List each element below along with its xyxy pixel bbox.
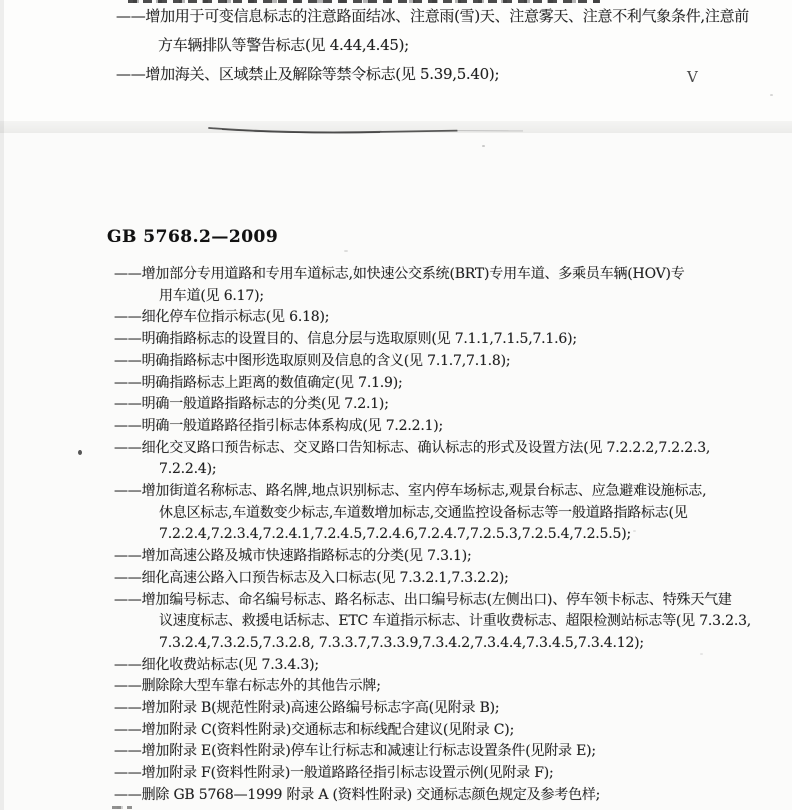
- change-list-line: ——增加部分专用道路和专用车道标志,如快速公交系统(BRT)专用车道、多乘员车辆…: [0, 264, 792, 286]
- standard-number-header: GB 5768.2—2009: [107, 227, 278, 247]
- foreword-line: ——增加海关、区域禁止及解除等禁令标志(见 5.39,5.40);: [0, 60, 792, 89]
- page-gap-shadow: [0, 121, 792, 133]
- scan-speck: [700, 653, 703, 655]
- change-list-line: ——增加街道名称标志、路名牌,地点识别标志、室内停车场标志,观景台标志、应急避难…: [0, 481, 792, 503]
- change-list-line: 7.2.2.4,7.2.3.4,7.2.4.1,7.2.4.5,7.2.4.6,…: [0, 524, 792, 546]
- foreword-line: ——增加用于可变信息标志的注意路面结冰、注意雨(雪)天、注意雾天、注意不利气象条…: [0, 2, 792, 31]
- page-current: GB 5768.2—2009 ——增加部分专用道路和专用车道标志,如快速公交系统…: [0, 133, 792, 810]
- change-list-line: ——明确一般道路指路标志的分类(见 7.2.1);: [0, 394, 792, 416]
- change-list-line: ——细化收费站标志(见 7.3.4.3);: [0, 655, 792, 677]
- scan-speck: [770, 94, 773, 96]
- change-list-line: ——删除 GB 5768—1999 附录 A (资料性附录) 交通标志颜色规定及…: [0, 785, 792, 807]
- change-list-line: 7.2.2.4);: [0, 459, 792, 481]
- change-list-line: ——增加编号标志、命名编号标志、路名标志、出口编号标志(左侧出口)、停车领卡标志…: [0, 590, 792, 612]
- scan-speck: [633, 530, 636, 532]
- scanned-document: ——增加用于可变信息标志的注意路面结冰、注意雨(雪)天、注意雾天、注意不利气象条…: [0, 0, 792, 810]
- scan-speck: [78, 450, 82, 455]
- foreword-lines-previous: ——增加用于可变信息标志的注意路面结冰、注意雨(雪)天、注意雾天、注意不利气象条…: [0, 2, 792, 89]
- scan-speck: [482, 145, 485, 147]
- change-list-line: ——细化停车位指示标志(见 6.18);: [0, 307, 792, 329]
- change-list-line: ——明确指路标志上距离的数值确定(见 7.1.9);: [0, 373, 792, 395]
- change-list-line: 用车道(见 6.17);: [0, 286, 792, 308]
- change-list-line: ——明确指路标志的设置目的、信息分层与选取原则(见 7.1.1,7.1.5,7.…: [0, 329, 792, 351]
- change-list-line: 休息区标志,车道数变少标志,车道数增加标志,交通监控设备标志等一般道路指路标志(…: [0, 503, 792, 525]
- page-previous: ——增加用于可变信息标志的注意路面结冰、注意雨(雪)天、注意雾天、注意不利气象条…: [0, 0, 792, 121]
- change-list-line: ——删除除大型车靠右标志外的其他告示牌;: [0, 676, 792, 698]
- change-list-line: ——增加附录 E(资料性附录)停车让行标志和减速让行标志设置条件(见附录 E);: [0, 741, 792, 763]
- foreword-line: 方车辆排队等警告标志(见 4.44,4.45);: [0, 31, 792, 60]
- change-list-line: ——增加高速公路及城市快速路指路标志的分类(见 7.3.1);: [0, 546, 792, 568]
- change-list-line: ——细化高速公路入口预告标志及入口标志(见 7.3.2.1,7.3.2.2);: [0, 568, 792, 590]
- change-list: ——增加部分专用道路和专用车道标志,如快速公交系统(BRT)专用车道、多乘员车辆…: [0, 264, 792, 807]
- change-list-line: ——明确一般道路路径指引标志体系构成(见 7.2.2.1);: [0, 416, 792, 438]
- change-list-line: ——增加附录 C(资料性附录)交通标志和标线配合建议(见附录 C);: [0, 720, 792, 742]
- change-list-line: ——细化交叉路口预告标志、交叉路口告知标志、确认标志的形式及设置方法(见 7.2…: [0, 438, 792, 460]
- scan-speck: [344, 250, 348, 252]
- page-number: V: [687, 68, 698, 86]
- left-edge-shadow: [0, 0, 4, 810]
- clipped-text-fragment: [112, 806, 132, 809]
- change-list-line: 7.3.2.4,7.3.2.5,7.3.2.8, 7.3.3.7,7.3.3.9…: [0, 633, 792, 655]
- change-list-line: 议速度标志、救援电话标志、ETC 车道指示标志、计重收费标志、超限检测站标志等(…: [0, 611, 792, 633]
- change-list-line: ——明确指路标志中图形选取原则及信息的含义(见 7.1.7,7.1.8);: [0, 351, 792, 373]
- change-list-line: ——增加附录 F(资料性附录)一般道路路径指引标志设置示例(见附录 F);: [0, 763, 792, 785]
- change-list-line: ——增加附录 B(规范性附录)高速公路编号标志字高(见附录 B);: [0, 698, 792, 720]
